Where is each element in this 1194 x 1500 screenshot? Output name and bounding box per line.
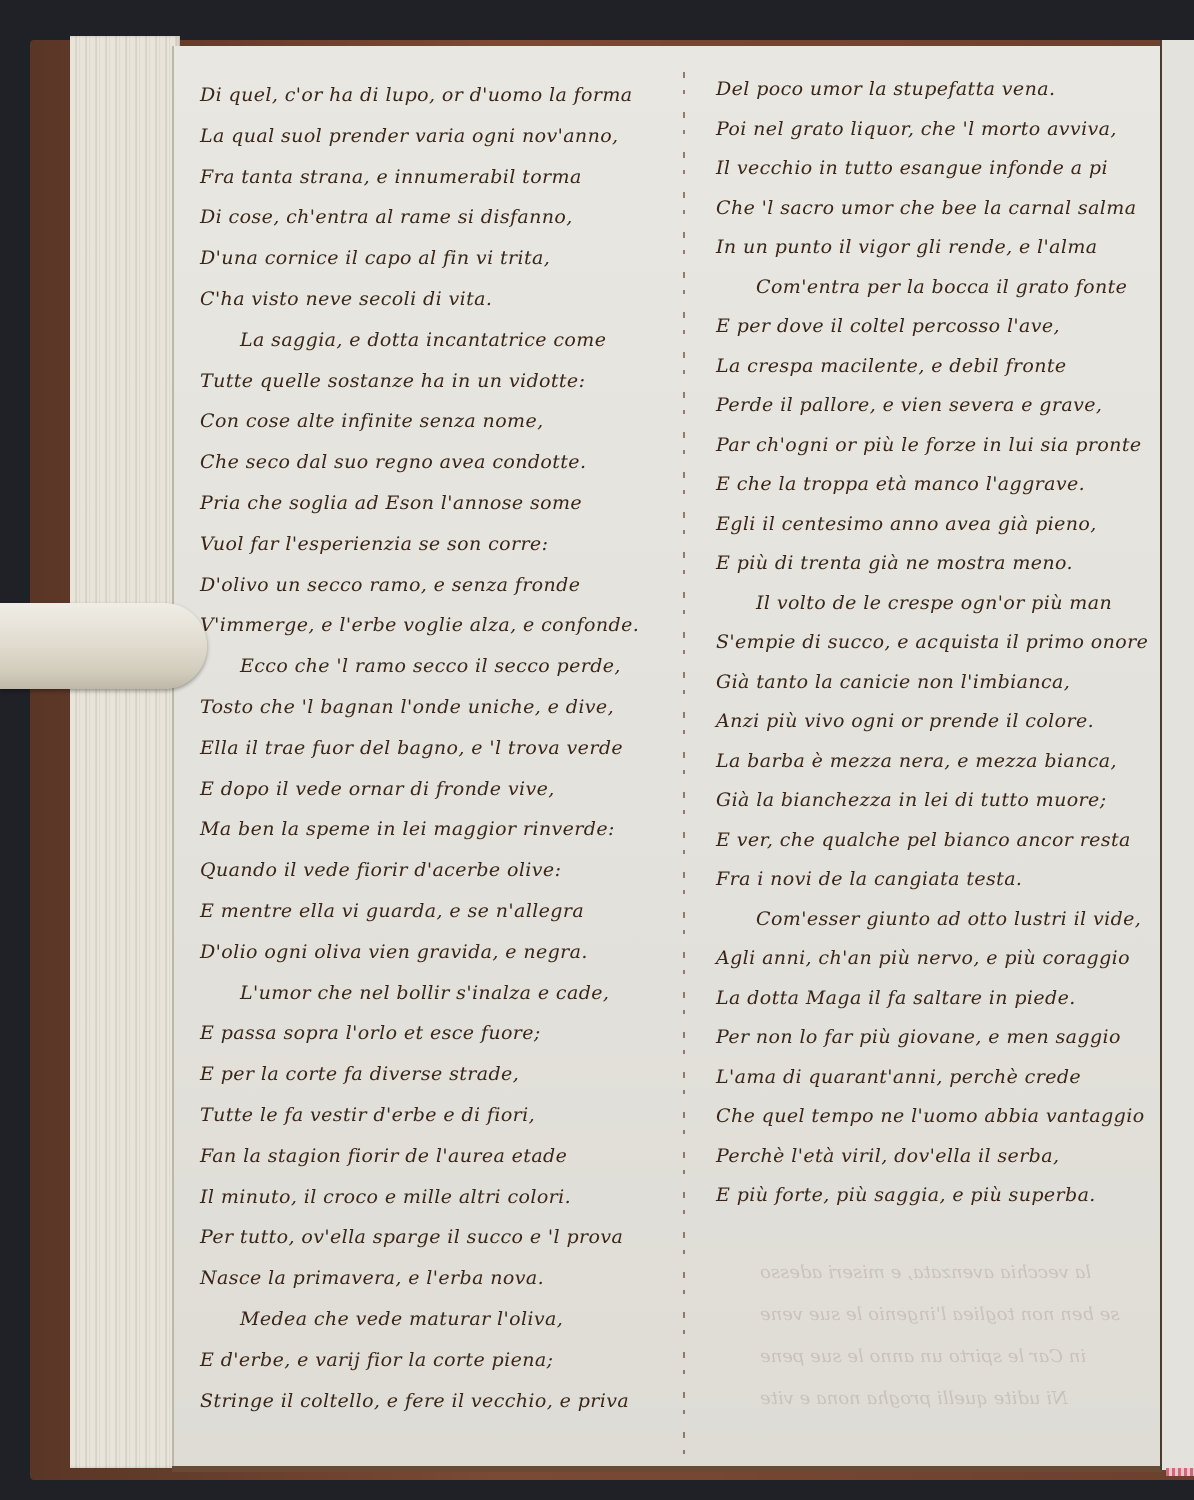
manuscript-line: Il vecchio in tutto esangue infonde a pi	[716, 153, 1108, 183]
manuscript-line: L'ama di quarant'anni, perchè crede	[716, 1062, 1081, 1092]
manuscript-line: D'una cornice il capo al fin vi trita,	[200, 243, 550, 273]
manuscript-line: E che la troppa età manco l'aggrave.	[716, 469, 1085, 499]
manuscript-line: Fra tanta strana, e innumerabil torma	[200, 162, 582, 192]
manuscript-line: Già la bianchezza in lei di tutto muore;	[716, 785, 1107, 815]
manuscript-line: Nasce la primavera, e l'erba nova.	[200, 1263, 544, 1293]
manuscript-line: Perde il pallore, e vien severa e grave,	[716, 390, 1102, 420]
manuscript-line: E per la corte fa diverse strade,	[200, 1059, 519, 1089]
manuscript-line: S'empie di succo, e acquista il primo on…	[716, 627, 1148, 657]
manuscript-line: D'olio ogni oliva vien gravida, e negra.	[200, 937, 588, 967]
manuscript-line: E per dove il coltel percosso l'ave,	[716, 311, 1060, 341]
bookmark-ribbon	[1166, 1468, 1194, 1476]
manuscript-line: E mentre ella vi guarda, e se n'allegra	[200, 896, 584, 926]
page-edges	[70, 36, 180, 1468]
manuscript-line: In un punto il vigor gli rende, e l'alma	[716, 232, 1098, 262]
manuscript-line: Il volto de le crespe ogn'or più man	[716, 588, 1112, 618]
manuscript-line: Per tutto, ov'ella sparge il succo e 'l …	[200, 1222, 623, 1252]
manuscript-line: Egli il centesimo anno avea già pieno,	[716, 509, 1097, 539]
facing-page-edge	[1160, 40, 1194, 1470]
manuscript-line: Del poco umor la stupefatta vena.	[716, 74, 1055, 104]
manuscript-line: La saggia, e dotta incantatrice come	[200, 325, 606, 355]
manuscript-line: La barba è mezza nera, e mezza bianca,	[716, 746, 1117, 776]
manuscript-line: Par ch'ogni or più le forze in lui sia p…	[716, 430, 1142, 460]
manuscript-line: La dotta Maga il fa saltare in piede.	[716, 983, 1076, 1013]
bleed-through-line: Ni udite quelli progha nona e vite	[760, 1388, 1068, 1409]
manuscript-line: Ma ben la speme in lei maggior rinverde:	[200, 814, 615, 844]
manuscript-line: Com'entra per la bocca il grato fonte	[716, 272, 1127, 302]
manuscript-line: D'olivo un secco ramo, e senza fronde	[200, 570, 580, 600]
manuscript-line: E più di trenta già ne mostra meno.	[716, 548, 1073, 578]
manuscript-line: E passa sopra l'orlo et esce fuore;	[200, 1018, 541, 1048]
manuscript-line: Poi nel grato liquor, che 'l morto avviv…	[716, 114, 1117, 144]
bleed-through-line: in Car le spirto un anno le sue pene	[760, 1346, 1086, 1367]
manuscript-line: Fan la stagion fiorir de l'aurea etade	[200, 1141, 567, 1171]
manuscript-line: V'immerge, e l'erbe voglie alza, e confo…	[200, 610, 639, 640]
manuscript-line: E ver, che qualche pel bianco ancor rest…	[716, 825, 1131, 855]
manuscript-line: Fra i novi de la cangiata testa.	[716, 864, 1022, 894]
manuscript-line: Ella il trae fuor del bagno, e 'l trova …	[200, 733, 623, 763]
manuscript-line: Ecco che 'l ramo secco il secco perde,	[200, 651, 621, 681]
manuscript-line: E d'erbe, e varij fior la corte piena;	[200, 1345, 553, 1375]
manuscript-line: L'umor che nel bollir s'inalza e cade,	[200, 978, 609, 1008]
manuscript-line: Medea che vede maturar l'oliva,	[200, 1304, 563, 1334]
manuscript-line: Di quel, c'or ha di lupo, or d'uomo la f…	[200, 80, 633, 110]
manuscript-line: Già tanto la canicie non l'imbianca,	[716, 667, 1070, 697]
bleed-through-line: la vecchia avenzata, e miseri adesso	[760, 1262, 1091, 1283]
manuscript-line: Tosto che 'l bagnan l'onde uniche, e div…	[200, 692, 614, 722]
cover-bottom-edge	[172, 1466, 1162, 1472]
manuscript-line: Quando il vede fiorir d'acerbe olive:	[200, 855, 561, 885]
manuscript-line: Per non lo far più giovane, e men saggio	[716, 1022, 1121, 1052]
column-divider	[683, 72, 685, 1462]
manuscript-line: Stringe il coltello, e fere il vecchio, …	[200, 1386, 629, 1416]
manuscript-line: Di cose, ch'entra al rame si disfanno,	[200, 202, 573, 232]
manuscript-line: La qual suol prender varia ogni nov'anno…	[200, 121, 618, 151]
bleed-through-line: se ben non togliea l'ingenio le sue vene	[760, 1304, 1120, 1325]
manuscript-line: La crespa macilente, e debil fronte	[716, 351, 1067, 381]
manuscript-line: Vuol far l'esperienzia se son corre:	[200, 529, 548, 559]
manuscript-line: Agli anni, ch'an più nervo, e più coragg…	[716, 943, 1130, 973]
page-holder-weight	[0, 603, 207, 689]
manuscript-line: Pria che soglia ad Eson l'annose some	[200, 488, 582, 518]
manuscript-line: C'ha visto neve secoli di vita.	[200, 284, 492, 314]
manuscript-line: Tutte le fa vestir d'erbe e di fiori,	[200, 1100, 535, 1130]
manuscript-line: Perchè l'età viril, dov'ella il serba,	[716, 1141, 1059, 1171]
manuscript-line: Anzi più vivo ogni or prende il colore.	[716, 706, 1094, 736]
manuscript-line: Che seco dal suo regno avea condotte.	[200, 447, 586, 477]
manuscript-line: Che 'l sacro umor che bee la carnal salm…	[716, 193, 1136, 223]
manuscript-line: Che quel tempo ne l'uomo abbia vantaggio	[716, 1101, 1145, 1131]
manuscript-line: Il minuto, il croco e mille altri colori…	[200, 1182, 571, 1212]
manuscript-line: E più forte, più saggia, e più superba.	[716, 1180, 1096, 1210]
manuscript-line: E dopo il vede ornar di fronde vive,	[200, 774, 555, 804]
manuscript-line: Con cose alte infinite senza nome,	[200, 406, 544, 436]
manuscript-line: Tutte quelle sostanze ha in un vidotte:	[200, 366, 585, 396]
manuscript-line: Com'esser giunto ad otto lustri il vide,	[716, 904, 1141, 934]
